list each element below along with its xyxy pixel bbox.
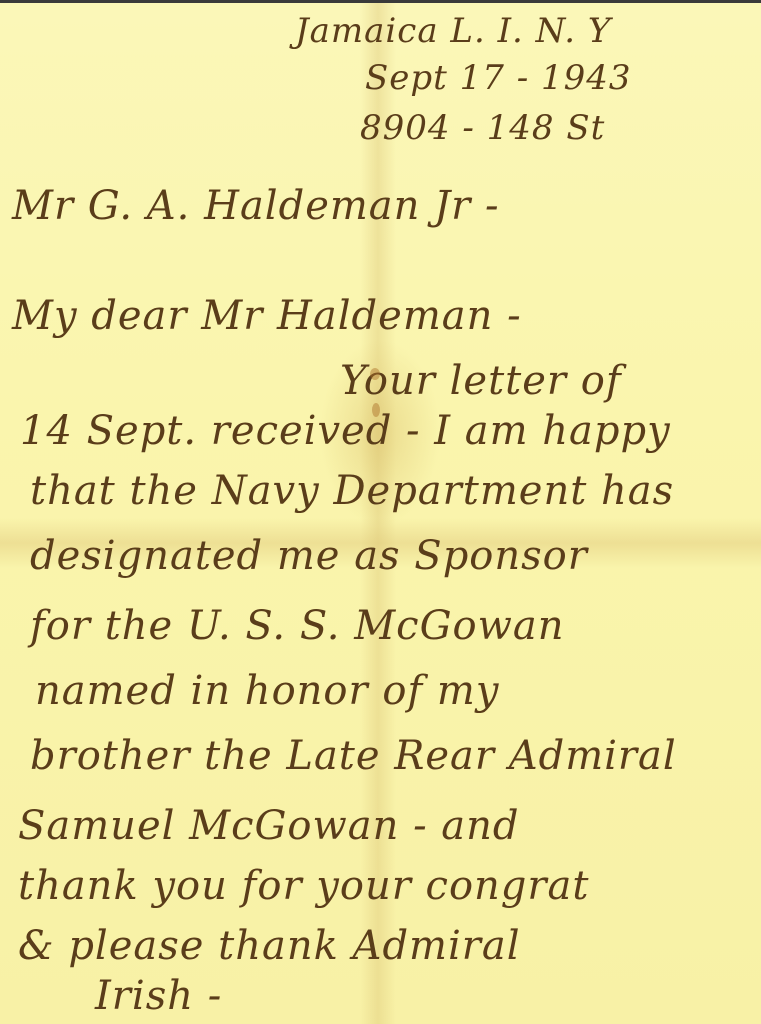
body-line-3: that the Navy Department has bbox=[30, 468, 674, 514]
body-line-7: brother the Late Rear Admiral bbox=[30, 733, 677, 779]
body-line-5: for the U. S. S. McGowan bbox=[30, 603, 564, 649]
header-place: Jamaica L. I. N. Y bbox=[295, 11, 611, 51]
body-line-9: thank you for your congrat bbox=[18, 863, 589, 909]
ink-stain bbox=[370, 368, 380, 380]
header-address: 8904 - 148 St bbox=[360, 108, 605, 148]
body-line-4: designated me as Sponsor bbox=[30, 533, 588, 579]
salutation: My dear Mr Haldeman - bbox=[12, 293, 522, 339]
body-line-8: Samuel McGowan - and bbox=[18, 803, 520, 849]
body-line-10: & please thank Admiral bbox=[18, 923, 521, 969]
body-line-6: named in honor of my bbox=[35, 668, 499, 714]
letter-page: Jamaica L. I. N. Y Sept 17 - 1943 8904 -… bbox=[0, 0, 761, 1024]
body-line-2: 14 Sept. received - I am happy bbox=[20, 408, 671, 454]
ink-stain bbox=[372, 403, 380, 417]
body-line-11: Irish - bbox=[95, 973, 222, 1019]
body-line-1: Your letter of bbox=[340, 358, 622, 404]
header-date: Sept 17 - 1943 bbox=[365, 58, 632, 98]
addressee: Mr G. A. Haldeman Jr - bbox=[12, 183, 500, 229]
